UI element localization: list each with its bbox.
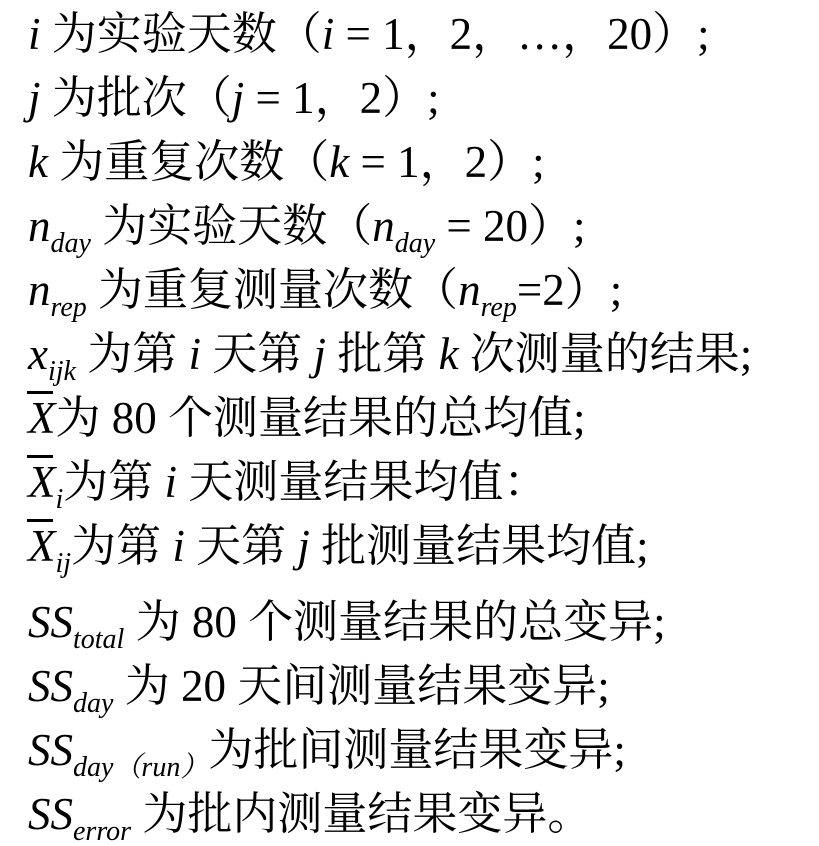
math-variable: i [172,521,185,571]
math-variable: k [439,329,459,379]
math-subscript: total [73,624,124,655]
math-variable: j [314,329,327,379]
text-run: = 1，2）; [349,137,544,187]
math-variable: n [28,201,51,251]
math-variable: i [189,329,202,379]
math-subscript: rep [481,292,517,323]
def-j: j 为批次（j = 1，2）; [28,66,819,130]
math-variable: n [28,265,51,315]
text-run: = 20）; [435,201,585,251]
math-variable-overbar: X [28,450,56,514]
text-run: 批测量结果均值; [310,521,649,571]
text-run: 天测量结果均值： [177,457,548,507]
math-variable: k [28,137,48,187]
math-subscript: ijk [48,356,76,387]
text-run: 为第 [76,329,189,379]
text-run: =2）; [517,265,622,315]
math-subscript: day [51,228,91,259]
math-subscript: day [395,228,435,259]
math-variable: j [232,73,245,123]
def-ss-day-run: SSday（run）为批间测量结果变异; [28,718,819,782]
text-run: 为第 [63,457,164,507]
def-x-ijk: xijk 为第 i 天第 j 批第 k 次测量的结果; [28,322,819,386]
math-subscript: error [73,816,131,846]
text-run: 为 20 天间测量结果变异; [113,661,609,711]
math-variable: SS [28,725,73,775]
math-variable-overbar: X [28,514,56,578]
text-run: = 1，2，…，20）; [334,9,709,59]
def-xbar-grand-mean: X为 80 个测量结果的总均值; [28,386,819,450]
document: i 为实验天数（i = 1，2，…，20）;j 为批次（j = 1，2）;k 为… [0,0,819,846]
text-run: 为 80 个测量结果的总变异; [124,597,665,647]
text-run: 为 80 个测量结果的总均值; [56,393,586,443]
math-variable: j [297,521,310,571]
def-k: k 为重复次数（k = 1，2）; [28,130,819,194]
math-variable: i [165,457,178,507]
def-i: i 为实验天数（i = 1，2，…，20）; [28,2,819,66]
math-subscript: i [56,484,64,515]
math-variable: SS [28,661,73,711]
def-n-rep: nrep 为重复测量次数（nrep=2）; [28,258,819,322]
text-run: 为实验天数（ [41,9,322,59]
math-variable: SS [28,597,73,647]
def-ss-day: SSday 为 20 天间测量结果变异; [28,654,819,718]
math-variable: SS [28,789,73,839]
math-variable: k [329,137,349,187]
text-run: 为重复次数（ [48,137,329,187]
math-subscript: day [73,688,113,719]
text-run: 次测量的结果; [459,329,753,379]
math-variable-overbar: X [28,386,56,450]
def-xbar-ij: Xij为第 i 天第 j 批测量结果均值; [28,514,819,578]
text-run: = 1，2）; [244,73,439,123]
math-variable: j [28,73,41,123]
text-run: 为实验天数（ [91,201,372,251]
math-variable: n [372,201,395,251]
math-variable: i [28,9,41,59]
text-run: 天第 [201,329,314,379]
text-run: 为批次（ [41,73,232,123]
math-variable: x [28,329,48,379]
math-subscript: day（run） [73,752,208,783]
math-subscript: ij [56,548,72,579]
math-subscript: rep [51,292,87,323]
text-run: 为批内测量结果变异。 [131,789,592,839]
def-ss-error: SSerror 为批内测量结果变异。 [28,782,819,846]
math-variable: i [322,9,335,59]
def-ss-total: SStotal 为 80 个测量结果的总变异; [28,590,819,654]
math-variable: n [458,265,481,315]
def-xbar-i: Xi为第 i 天测量结果均值： [28,450,819,514]
def-n-day: nday 为实验天数（nday = 20）; [28,194,819,258]
text-run: 批第 [326,329,439,379]
text-run: 为批间测量结果变异; [208,725,626,775]
text-run: 为第 [71,521,172,571]
text-run: 为重复测量次数（ [87,265,458,315]
text-run: 天第 [185,521,298,571]
